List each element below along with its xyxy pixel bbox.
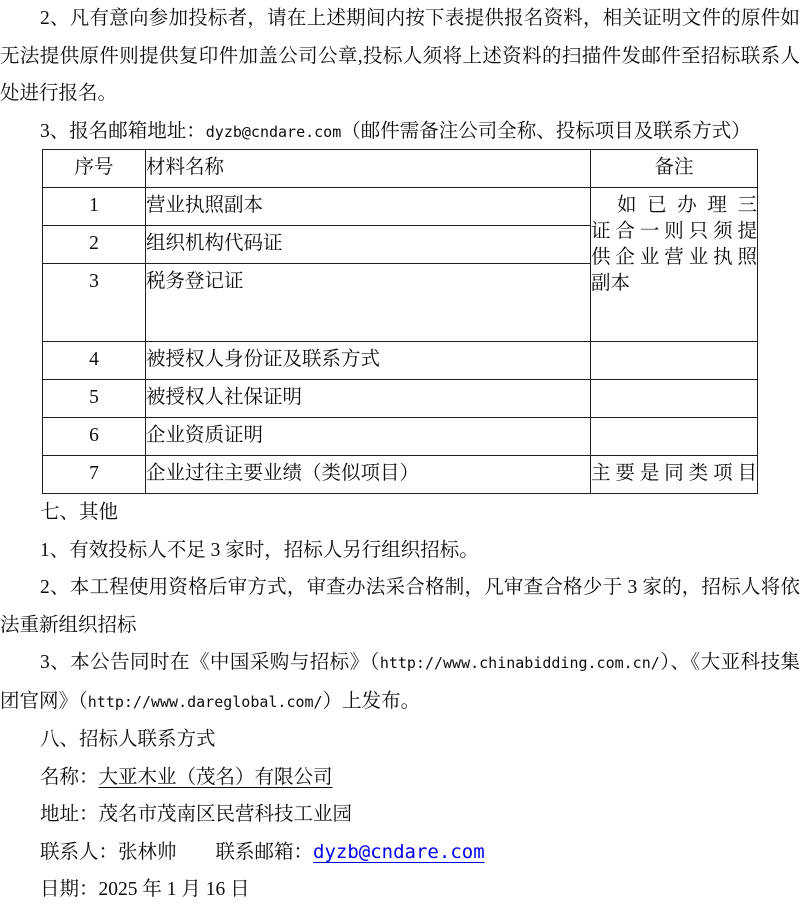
other-item-3-text: 3、本公告同时在《中国采购与招标》（ (40, 652, 380, 673)
table-row: 6 企业资质证明 (43, 418, 758, 456)
date-value: 2025 年 1 月 16 日 (99, 879, 250, 900)
section-other-heading: 七、其他 (0, 494, 800, 532)
material-cell: 营业执照副本 (146, 188, 591, 226)
section-contact-heading: 八、招标人联系方式 (0, 721, 800, 759)
name-value: 大亚木业（茂名）有限公司 (99, 767, 333, 788)
material-cell: 企业资质证明 (146, 418, 591, 456)
table-row: 4 被授权人身份证及联系方式 (43, 342, 758, 380)
index-cell: 7 (43, 456, 146, 494)
remark-cell-empty (591, 342, 758, 380)
index-cell: 1 (43, 188, 146, 226)
other-item-2: 2、本工程使用资格后审方式，审查办法采合格制，凡审查合格少于 3 家的，招标人将… (0, 569, 800, 644)
merged-remark-line: 供企业营业执照 (591, 245, 757, 271)
tender-notice-document: 2、凡有意向参加投标者，请在上述期间内按下表提供报名资料，相关证明文件的原件如无… (0, 0, 800, 908)
material-cell: 被授权人身份证及联系方式 (146, 342, 591, 380)
table-row: 7 企业过往主要业绩（类似项目） 主要是同类项目 (43, 456, 758, 494)
paragraph-registration-email: 3、报名邮箱地址：dyzb@cndare.com（邮件需备注公司全称、投标项目及… (0, 113, 800, 152)
contact-person-label: 联系人： (40, 842, 118, 863)
material-cell: 被授权人社保证明 (146, 380, 591, 418)
date-label: 日期： (40, 879, 99, 900)
col-header-index: 序号 (43, 150, 146, 188)
material-cell: 组织机构代码证 (146, 226, 591, 264)
contact-person-value: 张林帅 (118, 842, 177, 863)
other-item-3-text: ）上发布。 (323, 691, 421, 712)
index-cell: 4 (43, 342, 146, 380)
remark-cell: 主要是同类项目 (591, 456, 758, 494)
table-row: 1 营业执照副本 如已办理三 证合一则只须提 供企业营业执照 副本 (43, 188, 758, 226)
table-row: 5 被授权人社保证明 (43, 380, 758, 418)
index-cell: 3 (43, 264, 146, 342)
merged-remark-line: 副本 (591, 271, 757, 297)
index-cell: 5 (43, 380, 146, 418)
contact-email-link[interactable]: dyzb@cndare.com (313, 841, 485, 863)
merged-remark-line: 如已办理三 (591, 193, 757, 219)
registration-email-suffix: （邮件需备注公司全称、投标项目及联系方式） (341, 121, 751, 142)
address-label: 地址： (40, 804, 99, 825)
paragraph-registration-instructions: 2、凡有意向参加投标者，请在上述期间内按下表提供报名资料，相关证明文件的原件如无… (0, 0, 800, 113)
index-cell: 6 (43, 418, 146, 456)
merged-remark-line: 证合一则只须提 (591, 219, 757, 245)
url-dareglobal: http://www.dareglobal.com/ (88, 693, 323, 711)
date-line: 日期：2025 年 1 月 16 日 (0, 871, 800, 908)
table-header-row: 序号 材料名称 备注 (43, 150, 758, 188)
remark-cell-empty (591, 380, 758, 418)
material-cell: 企业过往主要业绩（类似项目） (146, 456, 591, 494)
address-value: 茂名市茂南区民营科技工业园 (99, 804, 353, 825)
materials-table: 序号 材料名称 备注 1 营业执照副本 如已办理三 证合一则只须提 供企业营业执… (42, 149, 758, 494)
registration-email-prefix: 3、报名邮箱地址： (40, 121, 206, 142)
contact-address-line: 地址：茂名市茂南区民营科技工业园 (0, 796, 800, 834)
name-label: 名称： (40, 767, 99, 788)
other-item-3: 3、本公告同时在《中国采购与招标》（http://www.chinabiddin… (0, 644, 800, 721)
remark-cell-empty (591, 418, 758, 456)
url-chinabidding: http://www.chinabidding.com.cn/ (380, 654, 660, 672)
col-header-remark: 备注 (591, 150, 758, 188)
registration-email-address: dyzb@cndare.com (206, 123, 341, 141)
contact-name-line: 名称：大亚木业（茂名）有限公司 (0, 759, 800, 797)
document-page: { "intro": { "para2": "2、凡有意向参加投标者，请在上述期… (0, 0, 800, 908)
contact-person-line: 联系人：张林帅联系邮箱：dyzb@cndare.com (0, 834, 800, 872)
col-header-material: 材料名称 (146, 150, 591, 188)
other-item-1: 1、有效投标人不足 3 家时，招标人另行组织招标。 (0, 532, 800, 570)
material-cell: 税务登记证 (146, 264, 591, 342)
index-cell: 2 (43, 226, 146, 264)
contact-email-label: 联系邮箱： (216, 842, 314, 863)
merged-remark-cell: 如已办理三 证合一则只须提 供企业营业执照 副本 (591, 188, 758, 342)
